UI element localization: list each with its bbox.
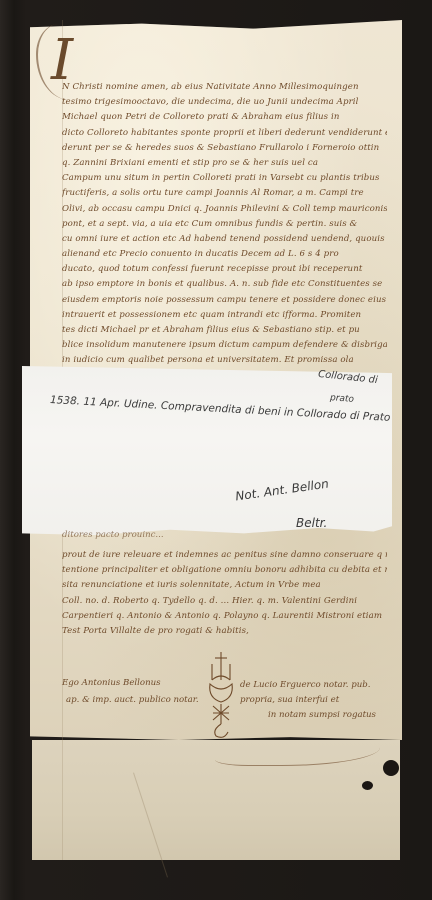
text-line: tes dicti Michael pr et Abraham filius e…: [62, 323, 387, 338]
text-line: pont, et a sept. via, a uia etc Cum omni…: [62, 217, 387, 232]
main-text-block: N Christi nomine amen, ab eius Nativitat…: [62, 80, 387, 384]
paper-hole: [362, 781, 373, 790]
paper-hole: [383, 760, 399, 776]
text-line: Michael quon Petri de Colloreto prati & …: [62, 110, 387, 125]
text-line: tentione principaliter et obligatione om…: [62, 563, 387, 578]
notary-signum-icon: [204, 650, 238, 740]
text-line: ducato, quod totum confessi fuerunt rece…: [62, 262, 387, 277]
text-line: Campum unu situm in pertin Colloreti pra…: [62, 171, 387, 186]
text-line: blice insolidum manutenere ipsum dictum …: [62, 338, 387, 353]
text-line: Olivi, ab occasu campu Dnici q. Joannis …: [62, 202, 387, 217]
text-line: fructiferis, a solis ortu ture campi Joa…: [62, 186, 387, 201]
text-line: alienand etc Precio conuento in ducatis …: [62, 247, 387, 262]
text-line: sita renunciatione et iuris solennitate,…: [62, 578, 387, 593]
notary-subscription-right-3: in notam sumpsi rogatus: [268, 710, 376, 720]
text-line: eiusdem emptoris noie possessum campu te…: [62, 293, 387, 308]
torn-text-line: ditores pacto prouinc...: [62, 530, 164, 540]
text-line: Test Porta Villalte de pro rogati & habi…: [62, 624, 387, 639]
closing-text-block: prout de iure releuare et indemnes ac pe…: [62, 548, 387, 639]
notary-subscription-right-1: de Lucio Erguerco notar. pub.: [240, 680, 371, 690]
notary-subscription-left-1: Ego Antonius Bellonus: [62, 678, 161, 688]
text-line: dicto Colloreto habitantes sponte propri…: [62, 126, 387, 141]
text-line: tesimo trigesimooctavo, die undecima, di…: [62, 95, 387, 110]
text-line: q. Zannini Brixiani ementi et stip pro s…: [62, 156, 387, 171]
notary-subscription-right-2: propria, sua interfui et: [240, 695, 339, 705]
text-line: in iudicio cum qualibet persona et unive…: [62, 353, 387, 368]
text-line: prout de iure releuare et indemnes ac pe…: [62, 548, 387, 563]
text-line: ab ipso emptore in bonis et qualibus. A.…: [62, 277, 387, 292]
text-line: N Christi nomine amen, ab eius Nativitat…: [62, 80, 387, 95]
signature-line-2: Beltr.: [296, 516, 327, 530]
text-line: Carpentieri q. Antonio & Antonio q. Pola…: [62, 609, 387, 624]
text-line: derunt per se & heredes suos & Sebastian…: [62, 141, 387, 156]
corner-note-line-2: prato: [330, 393, 355, 405]
text-line: Coll. no. d. Roberto q. Tydello q. d. ..…: [62, 594, 387, 609]
notary-subscription-left-2: ap. & imp. auct. publico notar.: [66, 695, 199, 705]
text-line: intrauerit et possessionem etc quam intr…: [62, 308, 387, 323]
text-line: cu omni iure et action etc Ad habend ten…: [62, 232, 387, 247]
